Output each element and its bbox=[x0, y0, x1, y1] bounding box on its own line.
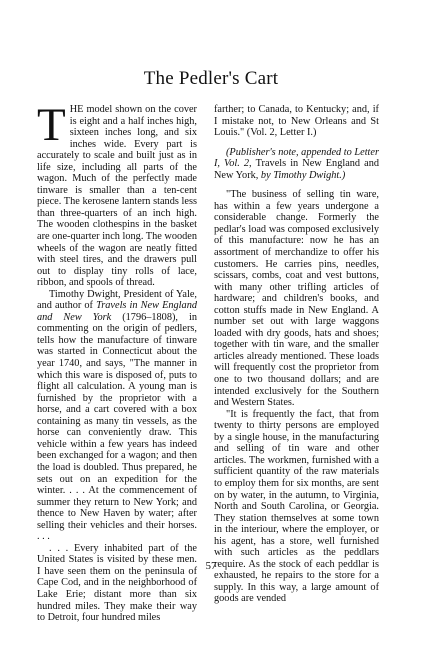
note-text: , by Timothy Dwight.) bbox=[256, 170, 346, 181]
paragraph-quote-end: farther; to Canada, to Kentucky; and, if… bbox=[214, 104, 379, 139]
paragraph-quote-cont: . . . Every inhabited part of the United… bbox=[37, 543, 197, 624]
page-number: 57 bbox=[0, 560, 422, 572]
right-column: farther; to Canada, to Kentucky; and, if… bbox=[214, 104, 379, 605]
page-title: The Pedler's Cart bbox=[0, 68, 422, 90]
drop-cap: T bbox=[37, 106, 66, 142]
left-column: THE model shown on the cover is eight an… bbox=[37, 104, 197, 624]
paragraph-text: (1796–1808), in commenting on the origin… bbox=[37, 312, 197, 542]
small-caps-lead: HE bbox=[70, 104, 84, 115]
paragraph-intro: THE model shown on the cover is eight an… bbox=[37, 104, 197, 289]
paragraph-employment: "It is frequently the fact, that from tw… bbox=[214, 409, 379, 605]
publisher-note: (Publisher's note, appended to Letter I,… bbox=[214, 147, 379, 182]
paragraph-business: "The business of selling tin ware, has w… bbox=[214, 189, 379, 408]
paragraph-dwight: Timothy Dwight, President of Yale, and a… bbox=[37, 289, 197, 543]
